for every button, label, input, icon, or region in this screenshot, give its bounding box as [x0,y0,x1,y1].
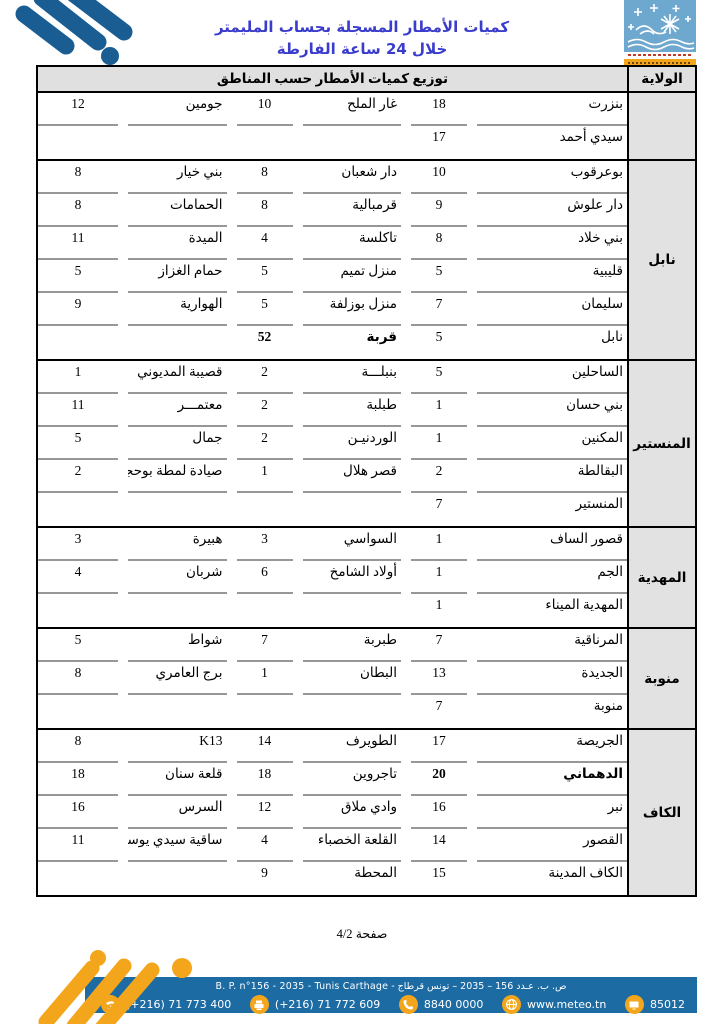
region-name-cell: برج العامري [128,662,227,695]
region-name-cell: قلعة سنان [128,763,227,796]
region-name-cell: بنزرت [477,93,627,126]
region-name-cell: قصر هلال [303,460,402,493]
contact-label: www.meteo.tn [527,998,606,1011]
region-name-cell: ساقية سيدي يوسف [128,829,227,862]
table-row: بوعرقوب10دار شعبان8بني خيار8 [38,161,627,194]
table-row: بني حسان1طبلبة2معتمـــر11 [38,394,627,427]
region-name-cell: السواسي [303,528,402,561]
rain-value-cell: 7 [411,629,467,662]
governorate-cell: المنستير [627,361,695,526]
region-name-cell: سليمان [477,293,627,326]
rain-value-cell: 4 [38,561,118,594]
inm-logo-red-text-strip [624,52,696,59]
rain-value-cell: 5 [38,629,118,662]
region-name-cell: سيدي أحمد [477,126,627,159]
rain-value-cell: 1 [411,427,467,460]
region-name-cell: دار علوش [477,194,627,227]
region-name-cell: الساحلين [477,361,627,394]
region-name-cell: نبر [477,796,627,829]
region-name-cell: المكنين [477,427,627,460]
region-name-cell: منزل تميم [303,260,402,293]
region-name-cell: بني خلاد [477,227,627,260]
rain-value-cell [237,126,293,159]
waves-icon [628,26,694,50]
rain-value-cell: 2 [237,427,293,460]
rain-value-cell: 3 [237,528,293,561]
region-name-cell: قرمبالية [303,194,402,227]
rain-value-cell: 1 [411,594,467,627]
rain-value-cell: 11 [38,829,118,862]
rain-value-cell: 8 [38,161,118,194]
rain-value-cell: 7 [237,629,293,662]
contact-call: 8840 0000 [399,995,484,1014]
rain-value-cell: 18 [411,93,467,126]
rain-value-cell: 8 [411,227,467,260]
table-row: البقالطة2قصر هلال1صيادة لمطة بوحجر2 [38,460,627,493]
table-group: المنستيرالساحلين5بنبلـــة2قصيبة المديوني… [38,359,695,526]
contact-label: (+216) 71 772 609 [275,998,380,1011]
rain-value-cell: 13 [411,662,467,695]
region-name-cell [128,126,227,159]
rain-value-cell: 7 [411,293,467,326]
contact-web: www.meteo.tn [502,995,606,1014]
region-name-cell [128,862,227,895]
rain-value-cell: 8 [38,662,118,695]
rain-value-cell: 1 [411,394,467,427]
rain-value-cell [237,594,293,627]
table-row: الجم1أولاد الشامخ6شربان4 [38,561,627,594]
region-name-cell: البطان [303,662,402,695]
contact-label: 8840 0000 [424,998,484,1011]
region-name-cell: غار الملح [303,93,402,126]
region-name-cell [128,493,227,526]
rain-value-cell: 17 [411,126,467,159]
rain-value-cell: 5 [237,293,293,326]
group-rows: قصور الساف1السواسي3هبيرة3الجم1أولاد الشا… [38,528,627,627]
region-name-cell: الجم [477,561,627,594]
region-name-cell: قربة [303,326,402,359]
table-row: قليبية5منزل تميم5حمام الغزاز5 [38,260,627,293]
region-name-cell: جمال [128,427,227,460]
governorate-cell: نابل [627,161,695,359]
region-name-cell: الطويرف [303,730,402,763]
rain-value-cell: 16 [38,796,118,829]
region-name-cell: بوعرقوب [477,161,627,194]
region-name-cell: الدهماني [477,763,627,796]
region-name-cell [303,695,402,728]
group-rows: الجريصة17الطويرف14K138الدهماني20تاجروين1… [38,730,627,895]
region-name-cell: قليبية [477,260,627,293]
region-name-cell: تاكلسة [303,227,402,260]
rain-value-cell: 9 [38,293,118,326]
rain-value-cell: 14 [237,730,293,763]
region-name-cell: القصور [477,829,627,862]
inm-logo [624,0,696,68]
rain-value-cell: 2 [411,460,467,493]
table-row: سليمان7منزل بوزلفة5الهوارية9 [38,293,627,326]
table-row: نابل5قربة52 [38,326,627,359]
rain-value-cell: 1 [237,662,293,695]
table-row: منوبة7 [38,695,627,728]
group-rows: بوعرقوب10دار شعبان8بني خيار8دار علوش9قرم… [38,161,627,359]
region-name-cell: أولاد الشامخ [303,561,402,594]
page-title-block: كميات الأمطار المسجلة بحساب المليمتر خلا… [215,17,509,61]
rain-value-cell: 5 [38,260,118,293]
region-name-cell: قصيبة المديوني [128,361,227,394]
group-rows: بنزرت18غار الملح10جومين12سيدي أحمد17 [38,93,627,159]
table-group: نابلبوعرقوب10دار شعبان8بني خيار8دار علوش… [38,159,695,359]
group-rows: المرناقية7طبربة7شواط5الجديدة13البطان1برج… [38,629,627,728]
governorate-cell [627,93,695,159]
table-row: نبر16وادي ملاق12السرس16 [38,796,627,829]
rain-value-cell [38,594,118,627]
region-name-cell: وادي ملاق [303,796,402,829]
region-name-cell [128,326,227,359]
rain-value-cell: 52 [237,326,293,359]
governorate-cell: المهدية [627,528,695,627]
globe-icon [502,995,521,1014]
rain-value-cell: 17 [411,730,467,763]
rain-value-cell: 2 [237,361,293,394]
rain-value-cell: 2 [237,394,293,427]
governorate-cell: منوبة [627,629,695,728]
region-name-cell: شواط [128,629,227,662]
region-name-cell: منزل بوزلفة [303,293,402,326]
table-group: بنزرت18غار الملح10جومين12سيدي أحمد17 [38,93,695,159]
table-row: بني خلاد8تاكلسة4الميدة11 [38,227,627,260]
stars-icon [628,4,691,30]
rain-value-cell: 1 [38,361,118,394]
region-name-cell: الوردنيـن [303,427,402,460]
rain-value-cell [38,862,118,895]
rain-value-cell: 1 [411,561,467,594]
rain-value-cell: 12 [38,93,118,126]
region-name-cell: دار شعبان [303,161,402,194]
region-name-cell: الجريصة [477,730,627,763]
region-name-cell: بني خيار [128,161,227,194]
region-name-cell: المهدية الميناء [477,594,627,627]
rain-value-cell: 4 [237,829,293,862]
table-row: المرناقية7طبربة7شواط5 [38,629,627,662]
inm-logo-emblem [624,0,696,52]
region-name-cell [128,594,227,627]
table-row: بنزرت18غار الملح10جومين12 [38,93,627,126]
table-row: سيدي أحمد17 [38,126,627,159]
table-header-row: الولاية توزيع كميات الأمطار حسب المناطق [38,67,695,93]
rain-value-cell [38,326,118,359]
rain-value-cell: 7 [411,695,467,728]
telex-icon [625,995,644,1014]
rain-value-cell: 11 [38,394,118,427]
region-name-cell: تاجروين [303,763,402,796]
region-name-cell: المنستير [477,493,627,526]
region-name-cell: السرس [128,796,227,829]
table-header-main: توزيع كميات الأمطار حسب المناطق [38,67,627,91]
rain-value-cell: 1 [411,528,467,561]
region-name-cell: حمام الغزاز [128,260,227,293]
region-name-cell: هبيرة [128,528,227,561]
region-name-cell [303,126,402,159]
snowflake-icon [661,14,679,34]
rain-value-cell: 8 [38,730,118,763]
fax-icon [250,995,269,1014]
rain-value-cell: 1 [237,460,293,493]
region-name-cell [303,493,402,526]
page-subtitle: خلال 24 ساعة الفارطة [215,39,509,61]
region-name-cell: جومين [128,93,227,126]
region-name-cell: الجديدة [477,662,627,695]
region-name-cell: المحطة [303,862,402,895]
region-name-cell [128,695,227,728]
call-icon [399,995,418,1014]
rain-value-cell: 4 [237,227,293,260]
rain-value-cell: 15 [411,862,467,895]
rain-value-cell: 5 [411,260,467,293]
rain-value-cell: 10 [411,161,467,194]
contact-telex: 85012 [625,995,685,1014]
region-name-cell: القلعة الخصباء [303,829,402,862]
rain-value-cell: 16 [411,796,467,829]
table-row: الدهماني20تاجروين18قلعة سنان18 [38,763,627,796]
region-name-cell: طبربة [303,629,402,662]
group-rows: الساحلين5بنبلـــة2قصيبة المديوني1بني حسا… [38,361,627,526]
region-name-cell: شربان [128,561,227,594]
rain-value-cell: 6 [237,561,293,594]
rain-value-cell: 5 [38,427,118,460]
table-row: المكنين1الوردنيـن2جمال5 [38,427,627,460]
table-row: دار علوش9قرمبالية8الحمامات8 [38,194,627,227]
rain-value-cell: 3 [38,528,118,561]
table-row: المهدية الميناء1 [38,594,627,627]
rain-table: الولاية توزيع كميات الأمطار حسب المناطق … [36,65,697,897]
table-row: القصور14القلعة الخصباء4ساقية سيدي يوسف11 [38,829,627,862]
rain-value-cell [38,126,118,159]
region-name-cell: بنبلـــة [303,361,402,394]
rain-value-cell: 7 [411,493,467,526]
table-row: الكاف المدينة15المحطة9 [38,862,627,895]
rain-value-cell: 11 [38,227,118,260]
contact-label: 85012 [650,998,685,1011]
governorate-cell: الكاف [627,730,695,895]
region-name-cell: معتمـــر [128,394,227,427]
rain-value-cell: 8 [38,194,118,227]
rain-value-cell [38,493,118,526]
region-name-cell: بني حسان [477,394,627,427]
rain-value-cell [38,695,118,728]
table-body: بنزرت18غار الملح10جومين12سيدي أحمد17نابل… [38,93,695,895]
table-row: الجريصة17الطويرف14K138 [38,730,627,763]
contact-fax: (+216) 71 772 609 [250,995,380,1014]
rain-value-cell: 10 [237,93,293,126]
table-group: المهديةقصور الساف1السواسي3هبيرة3الجم1أول… [38,526,695,627]
table-row: المنستير7 [38,493,627,526]
region-name-cell: K13 [128,730,227,763]
region-name-cell: قصور الساف [477,528,627,561]
rain-value-cell: 18 [38,763,118,796]
footer-stripes-logo [34,948,234,1024]
rain-value-cell: 14 [411,829,467,862]
rain-value-cell [237,493,293,526]
rain-value-cell: 20 [411,763,467,796]
table-row: قصور الساف1السواسي3هبيرة3 [38,528,627,561]
rain-value-cell: 9 [237,862,293,895]
rain-value-cell: 5 [411,326,467,359]
rain-value-cell: 12 [237,796,293,829]
region-name-cell [303,594,402,627]
table-row: الجديدة13البطان1برج العامري8 [38,662,627,695]
region-name-cell: البقالطة [477,460,627,493]
rain-value-cell: 8 [237,194,293,227]
region-name-cell: طبلبة [303,394,402,427]
rain-value-cell [237,695,293,728]
rain-value-cell: 9 [411,194,467,227]
page-number: صفحة 4/2 [0,926,724,942]
rain-value-cell: 18 [237,763,293,796]
region-name-cell: الحمامات [128,194,227,227]
table-row: الساحلين5بنبلـــة2قصيبة المديوني1 [38,361,627,394]
region-name-cell: المرناقية [477,629,627,662]
table-group: منوبةالمرناقية7طبربة7شواط5الجديدة13البطا… [38,627,695,728]
region-name-cell: الميدة [128,227,227,260]
region-name-cell: الهوارية [128,293,227,326]
rain-value-cell: 5 [237,260,293,293]
region-name-cell: نابل [477,326,627,359]
region-name-cell: صيادة لمطة بوحجر [128,460,227,493]
region-name-cell: منوبة [477,695,627,728]
table-group: الكافالجريصة17الطويرف14K138الدهماني20تاج… [38,728,695,895]
page-title: كميات الأمطار المسجلة بحساب المليمتر [215,17,509,39]
rain-value-cell: 2 [38,460,118,493]
region-name-cell: الكاف المدينة [477,862,627,895]
rain-value-cell: 8 [237,161,293,194]
table-header-governorate: الولاية [627,67,695,91]
rain-value-cell: 5 [411,361,467,394]
logo-dot [101,47,119,65]
